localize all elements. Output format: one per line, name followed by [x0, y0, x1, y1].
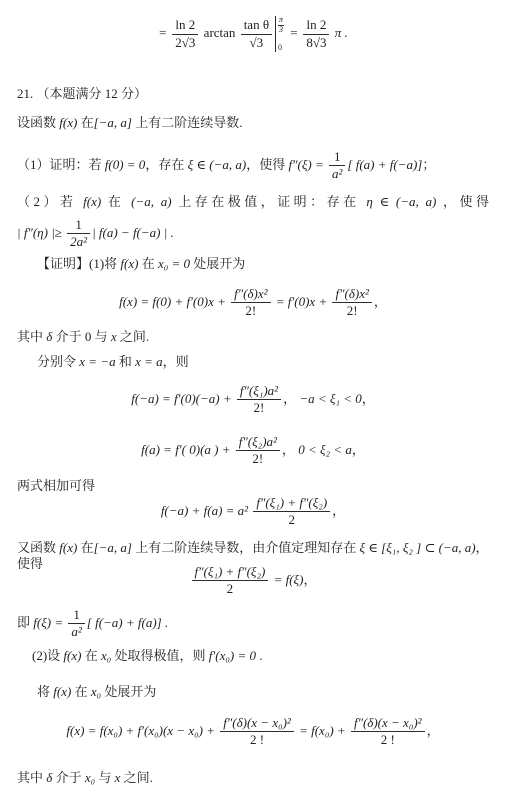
text-run: ， — [352, 442, 365, 457]
math-run: −a < ξ₁ < 0 — [296, 391, 362, 406]
evaluation-bar: π30 — [275, 16, 284, 52]
math-run: [ f(a) + f(−a)] — [347, 157, 422, 172]
part2-statement-line1: （2）若 f(x) 在 (−a, a) 上存在极值，证明：存在 η ∈ (−a,… — [17, 194, 489, 210]
math-run: f(0) = 0 — [105, 157, 146, 172]
fraction: 1a² — [68, 608, 84, 640]
math-run: = f(x₀) + — [299, 723, 346, 738]
text-run: ， — [374, 294, 387, 309]
text-run: ， — [303, 572, 316, 587]
display-formula-arctan-result: = ln 22√3 arctan tan θ√3π30 = ln 28√3 π … — [17, 16, 489, 52]
math-run: [ f(−a) + f(a)] . — [87, 615, 168, 630]
text-run: 介于 — [52, 770, 85, 785]
math-run: = f(ξ) — [274, 572, 304, 587]
text-run: ， — [332, 503, 345, 518]
equals-sign: = — [289, 25, 298, 40]
math-run: f(x) — [63, 648, 81, 663]
text-run: 【证明】(1)将 — [37, 256, 120, 271]
taylor-expansion-at-x0-formula: f(x) = f(x₀) + f′(x₀)(x − x₀) + f″(δ)(x … — [17, 716, 489, 748]
fraction: f″(δ)x²2! — [231, 287, 270, 319]
proof-header-part1: 【证明】(1)将 f(x) 在 x₀ = 0 处展开为 — [17, 256, 489, 272]
text-run: 在 — [71, 684, 91, 699]
equals-sign: = — [158, 25, 167, 40]
text-run: 处展开为 — [190, 256, 245, 271]
upper-limit: π3 — [278, 16, 284, 35]
text-run: 两式相加可得 — [17, 478, 95, 493]
math-run: x₀ — [101, 648, 111, 663]
text-run: 之间. — [120, 770, 153, 785]
taylor-expansion-at-zero-formula: f(x) = f(0) + f′(0)x + f″(δ)x²2! = f′(0)… — [17, 287, 489, 319]
math-run: f(x) — [59, 540, 77, 555]
text-run: ， — [362, 391, 375, 406]
problem-number-heading: 21. （本题满分 12 分） — [17, 86, 489, 102]
text-run: 分别令 — [37, 354, 79, 369]
fraction: f″(δ)(x − x₀)²2 ! — [351, 716, 425, 748]
text-run: 与 — [95, 770, 115, 785]
math-run: f″(ξ) = — [288, 157, 323, 172]
text-run: (2)设 — [32, 648, 63, 663]
text-run: （1）证明：若 — [17, 157, 105, 172]
f-neg-a-expansion-formula: f(−a) = f′(0)(−a) + f″(ξ₁)a²2!， −a < ξ₁ … — [17, 384, 489, 416]
text-run: 之间. — [117, 329, 150, 344]
text-run: . — [256, 648, 263, 663]
text-run: 设函数 — [17, 115, 59, 130]
math-run: ξ ∈ (−a, a) — [188, 157, 247, 172]
part1-statement: （1）证明：若 f(0) = 0，存在 ξ ∈ (−a, a)，使得 f″(ξ)… — [17, 150, 489, 182]
fraction: f″(ξ₁)a²2! — [237, 384, 281, 416]
text-run: （2）若 — [17, 194, 83, 209]
math-run: [−a, a] — [94, 115, 132, 130]
math-run: f(x) — [59, 115, 77, 130]
text-run: 又函数 — [17, 540, 59, 555]
fraction: 1a² — [329, 150, 345, 182]
f-a-expansion-formula: f(a) = f′( 0)(a ) + f″(ξ₂)a²2!， 0 < ξ₂ <… — [17, 435, 489, 467]
text-run: ， — [282, 442, 295, 457]
math-run: x = −a — [79, 354, 115, 369]
text-run: 在 — [77, 540, 93, 555]
math-run: f(x) — [120, 256, 138, 271]
text-run: 在 — [81, 648, 101, 663]
text-run: 在 — [138, 256, 158, 271]
text-run: 和 — [116, 354, 136, 369]
text-run: 在 — [77, 115, 93, 130]
math-run: x₀ = 0 — [158, 256, 190, 271]
math-solution-document: { "c": { "top": { "eq1": "=", "f1": {"n"… — [0, 0, 505, 795]
text-run: 其中 — [17, 770, 46, 785]
problem-setup-text: 设函数 f(x) 在[−a, a] 上有二阶连续导数. — [17, 115, 489, 131]
sum-of-expansions-formula: f(−a) + f(a) = a² f″(ξ₁) + f″(ξ₂)2， — [17, 496, 489, 528]
text-run: 将 — [37, 684, 53, 699]
fraction: f″(ξ₁) + f″(ξ₂)2 — [192, 565, 269, 597]
fraction: f″(δ)(x − x₀)²2 ! — [220, 716, 294, 748]
text-run: ，使得 — [436, 194, 489, 209]
math-run: f(ξ) = — [33, 615, 63, 630]
math-run: f(a) = f′( 0)(a ) + — [141, 442, 230, 457]
math-run: | f″(η) |≥ — [17, 225, 62, 240]
math-run: ξ ∈ [ξ₁, ξ₂ ] ⊂ (−a, a) — [359, 540, 475, 555]
math-run: = f′(0)x + — [276, 294, 327, 309]
math-run: (−a, a) — [131, 194, 171, 209]
text-run: 处取得极值，则 — [111, 648, 209, 663]
text-run: 其中 — [17, 329, 46, 344]
text-run: ，则 — [163, 354, 189, 369]
text-run: 即 — [17, 615, 33, 630]
delta-between-x0-text: 其中 δ 介于 x₀ 与 x 之间. — [17, 770, 489, 786]
text-run: ； — [422, 157, 435, 172]
text-run: ， — [427, 723, 440, 738]
math-run: f(−a) = f′(0)(−a) + — [131, 391, 231, 406]
text-run: 21. （本题满分 12 分） — [17, 86, 147, 101]
fraction: tan θ√3 — [241, 18, 272, 50]
text-run: 上有二阶连续导数. — [132, 115, 243, 130]
math-run: f′(x₀) = 0 — [209, 648, 256, 663]
math-run: x₀ — [91, 684, 101, 699]
text-run: 在 — [101, 194, 131, 209]
part2-expand-text: 将 f(x) 在 x₀ 处展开为 — [17, 684, 489, 700]
math-run: x = a — [135, 354, 163, 369]
fraction: 12a² — [67, 218, 90, 250]
math-run: 0 < ξ₂ < a — [295, 442, 352, 457]
add-equations-text: 两式相加可得 — [17, 478, 489, 494]
text-run: 上存在极值，证明：存在 — [172, 194, 367, 209]
math-run: | f(a) − f(−a) | . — [92, 225, 174, 240]
part1-conclusion-formula: 即 f(ξ) = 1a²[ f(−a) + f(a)] . — [17, 608, 489, 640]
math-run: [−a, a] — [94, 540, 132, 555]
part2-statement-line2: | f″(η) |≥ 12a²| f(a) − f(−a) | . — [17, 218, 489, 250]
fraction: f″(ξ₁) + f″(ξ₂)2 — [253, 496, 330, 528]
text-run: ， — [283, 391, 296, 406]
pi-result: π . — [335, 25, 348, 40]
substitute-text: 分别令 x = −a 和 x = a，则 — [17, 354, 489, 370]
math-run: η ∈ (−a, a) — [366, 194, 436, 209]
fraction: ln 28√3 — [303, 18, 329, 50]
math-run: f(x) = f(x₀) + f′(x₀)(x − x₀) + — [66, 723, 215, 738]
text-run: ，存在 — [145, 157, 187, 172]
part2-extremum-text: (2)设 f(x) 在 x₀ 处取得极值，则 f′(x₀) = 0 . — [17, 648, 489, 664]
fraction: f″(ξ₂)a²2! — [236, 435, 280, 467]
math-run: x₀ — [85, 770, 95, 785]
fraction: f″(δ)x²2! — [332, 287, 371, 319]
mean-value-formula: f″(ξ₁) + f″(ξ₂)2 = f(ξ)， — [17, 565, 489, 597]
math-run: f(x) = f(0) + f′(0)x + — [119, 294, 226, 309]
text-run: 处展开为 — [101, 684, 156, 699]
fraction: ln 22√3 — [172, 18, 198, 50]
text-run: 上有二阶连续导数，由介值定理知存在 — [132, 540, 360, 555]
math-run: f(x) — [53, 684, 71, 699]
math-run: f(x) — [83, 194, 101, 209]
text-run: ，使得 — [246, 157, 288, 172]
lower-limit: 0 — [278, 44, 282, 52]
text-run: 介于 0 与 — [52, 329, 111, 344]
delta-between-zero-text: 其中 δ 介于 0 与 x 之间. — [17, 329, 489, 345]
arctan-operator: arctan — [204, 25, 236, 40]
math-run: f(−a) + f(a) = a² — [161, 503, 248, 518]
